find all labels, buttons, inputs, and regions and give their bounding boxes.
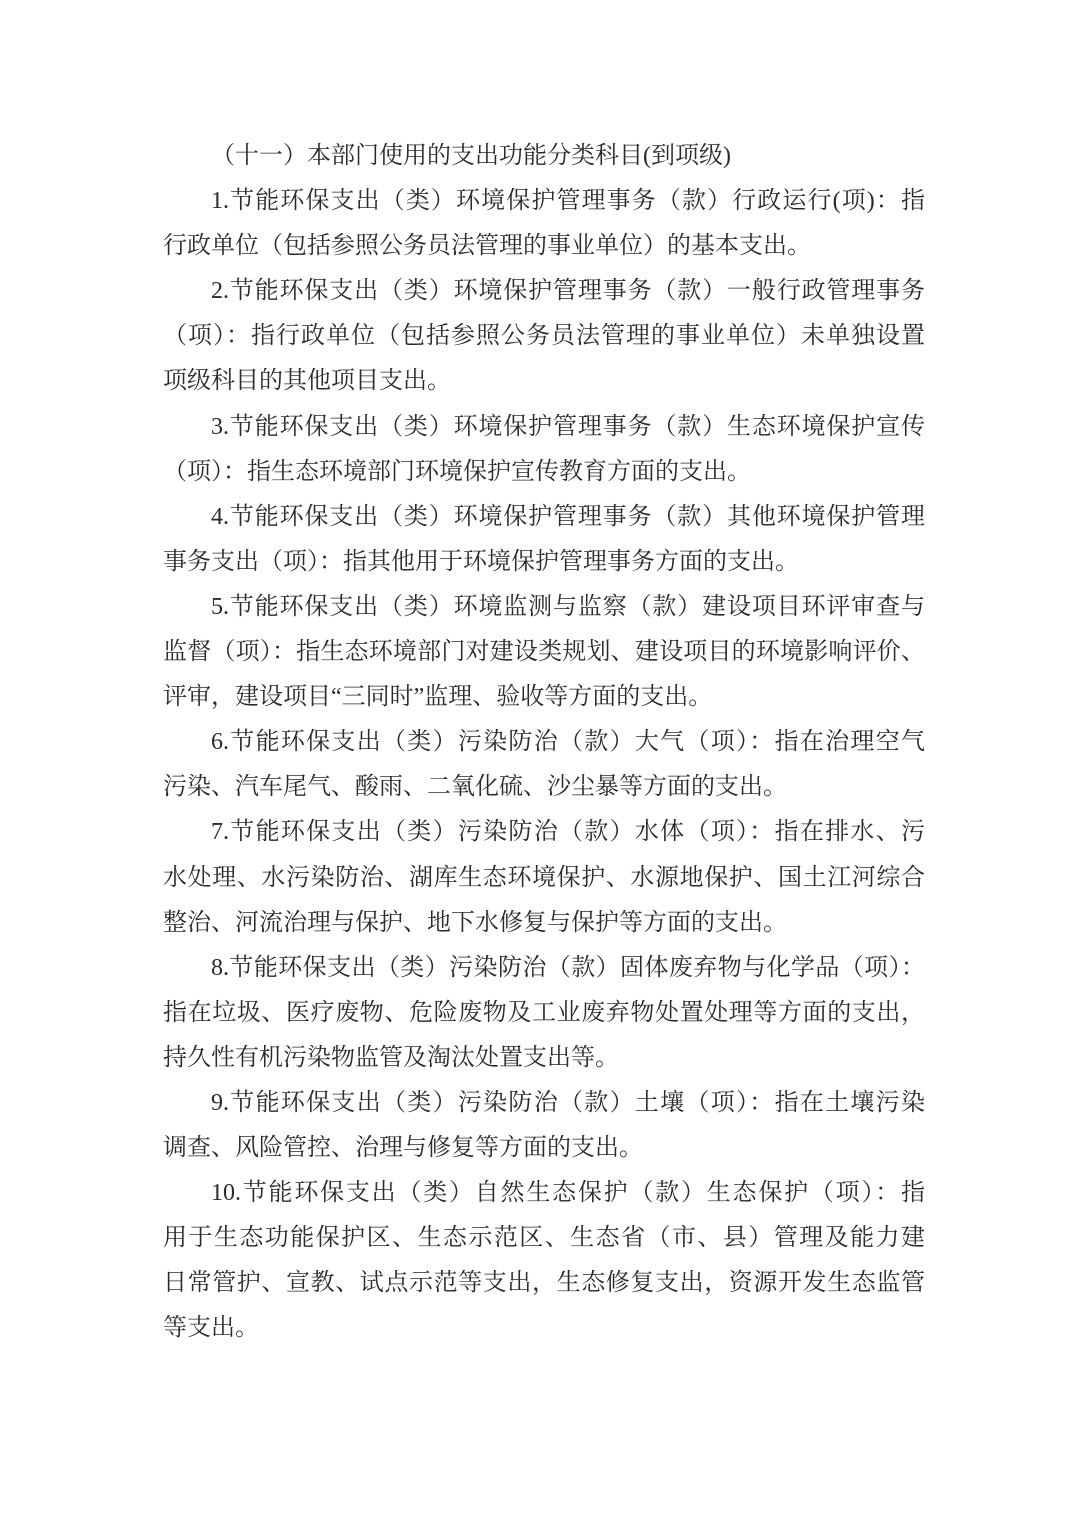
paragraph: 9.节能环保支出（类）污染防治（款）土壤（项）：指在土壤污染调查、风险管控、治理… <box>163 1081 925 1171</box>
paragraph: 10.节能环保支出（类）自然生态保护（款）生态保护（项）：指用于生态功能保护区、… <box>163 1171 925 1351</box>
text-line: 指在垃圾、医疗废物、危险废物及工业废弃物处置处理等方面的支出， <box>163 991 925 1036</box>
text-line: 3.节能环保支出（类）环境保护管理事务（款）生态环境保护宣传 <box>163 405 925 450</box>
paragraph: 2.节能环保支出（类）环境保护管理事务（款）一般行政管理事务（项）：指行政单位（… <box>163 269 925 404</box>
text-line: 监督（项）：指生态环境部门对建设类规划、建设项目的环境影响评价、 <box>163 630 925 675</box>
text-line: 评审，建设项目“三同时”监理、验收等方面的支出。 <box>163 675 925 720</box>
paragraph: 7.节能环保支出（类）污染防治（款）水体（项）：指在排水、污水处理、水污染防治、… <box>163 810 925 945</box>
text-line: 6.节能环保支出（类）污染防治（款）大气（项）：指在治理空气 <box>163 720 925 765</box>
text-line: 8.节能环保支出（类）污染防治（款）固体废弃物与化学品（项）： <box>163 946 925 991</box>
document-body: （十一）本部门使用的支出功能分类科目(到项级)1.节能环保支出（类）环境保护管理… <box>163 134 925 1352</box>
text-line: 水处理、水污染防治、湖库生态环境保护、水源地保护、国土江河综合 <box>163 856 925 901</box>
text-line: 污染、汽车尾气、酸雨、二氧化硫、沙尘暴等方面的支出。 <box>163 765 925 810</box>
paragraph: 1.节能环保支出（类）环境保护管理事务（款）行政运行(项)：指行政单位（包括参照… <box>163 179 925 269</box>
paragraph: 6.节能环保支出（类）污染防治（款）大气（项）：指在治理空气污染、汽车尾气、酸雨… <box>163 720 925 810</box>
text-line: 日常管护、宣教、试点示范等支出，生态修复支出，资源开发生态监管 <box>163 1261 925 1306</box>
section-heading: （十一）本部门使用的支出功能分类科目(到项级) <box>163 134 925 179</box>
text-line: 调查、风险管控、治理与修复等方面的支出。 <box>163 1126 925 1171</box>
text-line: 4.节能环保支出（类）环境保护管理事务（款）其他环境保护管理 <box>163 495 925 540</box>
text-line: 项级科目的其他项目支出。 <box>163 359 925 404</box>
text-line: 行政单位（包括参照公务员法管理的事业单位）的基本支出。 <box>163 224 925 269</box>
paragraph: 5.节能环保支出（类）环境监测与监察（款）建设项目环评审查与监督（项）：指生态环… <box>163 585 925 720</box>
text-line: 5.节能环保支出（类）环境监测与监察（款）建设项目环评审查与 <box>163 585 925 630</box>
document-page: （十一）本部门使用的支出功能分类科目(到项级)1.节能环保支出（类）环境保护管理… <box>0 0 1074 1520</box>
text-line: 事务支出（项）：指其他用于环境保护管理事务方面的支出。 <box>163 540 925 585</box>
text-line: （项）：指行政单位（包括参照公务员法管理的事业单位）未单独设置 <box>163 314 925 359</box>
text-line: 1.节能环保支出（类）环境保护管理事务（款）行政运行(项)：指 <box>163 179 925 224</box>
text-line: （项）：指生态环境部门环境保护宣传教育方面的支出。 <box>163 450 925 495</box>
text-line: 2.节能环保支出（类）环境保护管理事务（款）一般行政管理事务 <box>163 269 925 314</box>
text-line: 10.节能环保支出（类）自然生态保护（款）生态保护（项）：指 <box>163 1171 925 1216</box>
text-line: 用于生态功能保护区、生态示范区、生态省（市、县）管理及能力建设、 <box>163 1216 925 1261</box>
paragraph: 4.节能环保支出（类）环境保护管理事务（款）其他环境保护管理事务支出（项）：指其… <box>163 495 925 585</box>
paragraph: 3.节能环保支出（类）环境保护管理事务（款）生态环境保护宣传（项）：指生态环境部… <box>163 405 925 495</box>
text-line: 持久性有机污染物监管及淘汰处置支出等。 <box>163 1036 925 1081</box>
paragraph: 8.节能环保支出（类）污染防治（款）固体废弃物与化学品（项）：指在垃圾、医疗废物… <box>163 946 925 1081</box>
text-line: 整治、河流治理与保护、地下水修复与保护等方面的支出。 <box>163 901 925 946</box>
text-line: 7.节能环保支出（类）污染防治（款）水体（项）：指在排水、污 <box>163 810 925 855</box>
text-line: 9.节能环保支出（类）污染防治（款）土壤（项）：指在土壤污染 <box>163 1081 925 1126</box>
paragraph: （十一）本部门使用的支出功能分类科目(到项级) <box>163 134 925 179</box>
text-line: 等支出。 <box>163 1306 925 1351</box>
